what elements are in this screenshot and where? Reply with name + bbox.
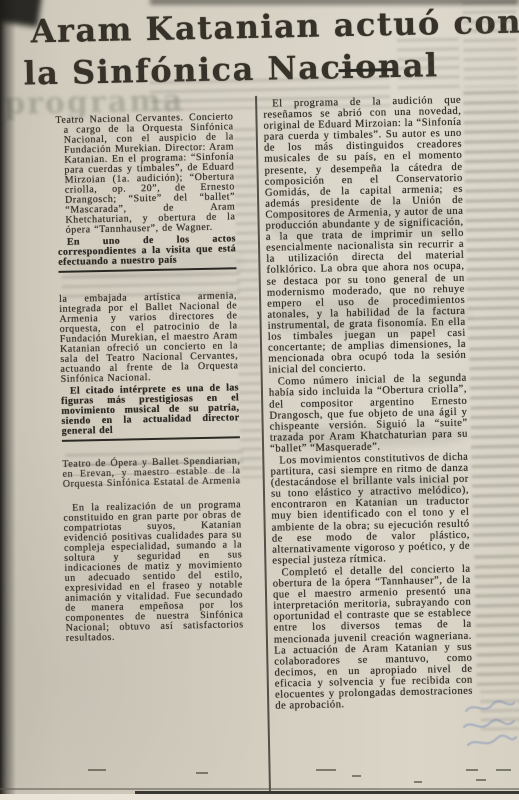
right-column: El programa de la audición que reseñamos… [263, 95, 473, 713]
scan-edge-shadow [0, 0, 16, 800]
bleedthrough-lines [463, 91, 519, 340]
pencil-dash [196, 772, 208, 774]
article-paragraph: Completó el detalle del concierto la obe… [272, 564, 473, 712]
pencil-dash [352, 775, 361, 777]
pencil-dash [466, 769, 478, 771]
page-bottom-margin [0, 794, 519, 800]
bleedthrough-lines [474, 555, 519, 686]
pencil-dash [316, 769, 336, 771]
scan-top-shadow [150, 0, 519, 5]
bleedthrough-lines [397, 38, 460, 89]
article-paragraph: El citado intérprete es una de las figur… [61, 383, 240, 442]
newspaper-scan: programa Aram Katanian actuó con la Sinf… [0, 0, 519, 800]
article-paragraph: Los movimientos constitutivos de dicha p… [270, 452, 470, 567]
pencil-dash [414, 781, 422, 783]
article: programa Aram Katanian actuó con la Sinf… [0, 0, 519, 800]
bottom-rule-light [0, 788, 519, 790]
pencil-dash [476, 779, 486, 781]
bleedthrough-lines [469, 347, 519, 548]
left-column: Teatro Nacional Cervantes. Concierto a c… [55, 112, 244, 645]
pencil-dash [88, 769, 106, 771]
pencil-dash [496, 769, 511, 771]
bleedthrough-lines [462, 1, 518, 88]
article-paragraph: la embajada artística armenia, integrada… [59, 291, 239, 385]
article-paragraph: En la realización de un programa constit… [63, 500, 244, 644]
article-paragraph: Teatro Nacional Cervantes. Concierto a c… [55, 112, 235, 236]
handwritten-mark [460, 693, 518, 761]
article-paragraph: Teatro de Ópera y Ballet Spendiarian, en… [62, 456, 241, 490]
